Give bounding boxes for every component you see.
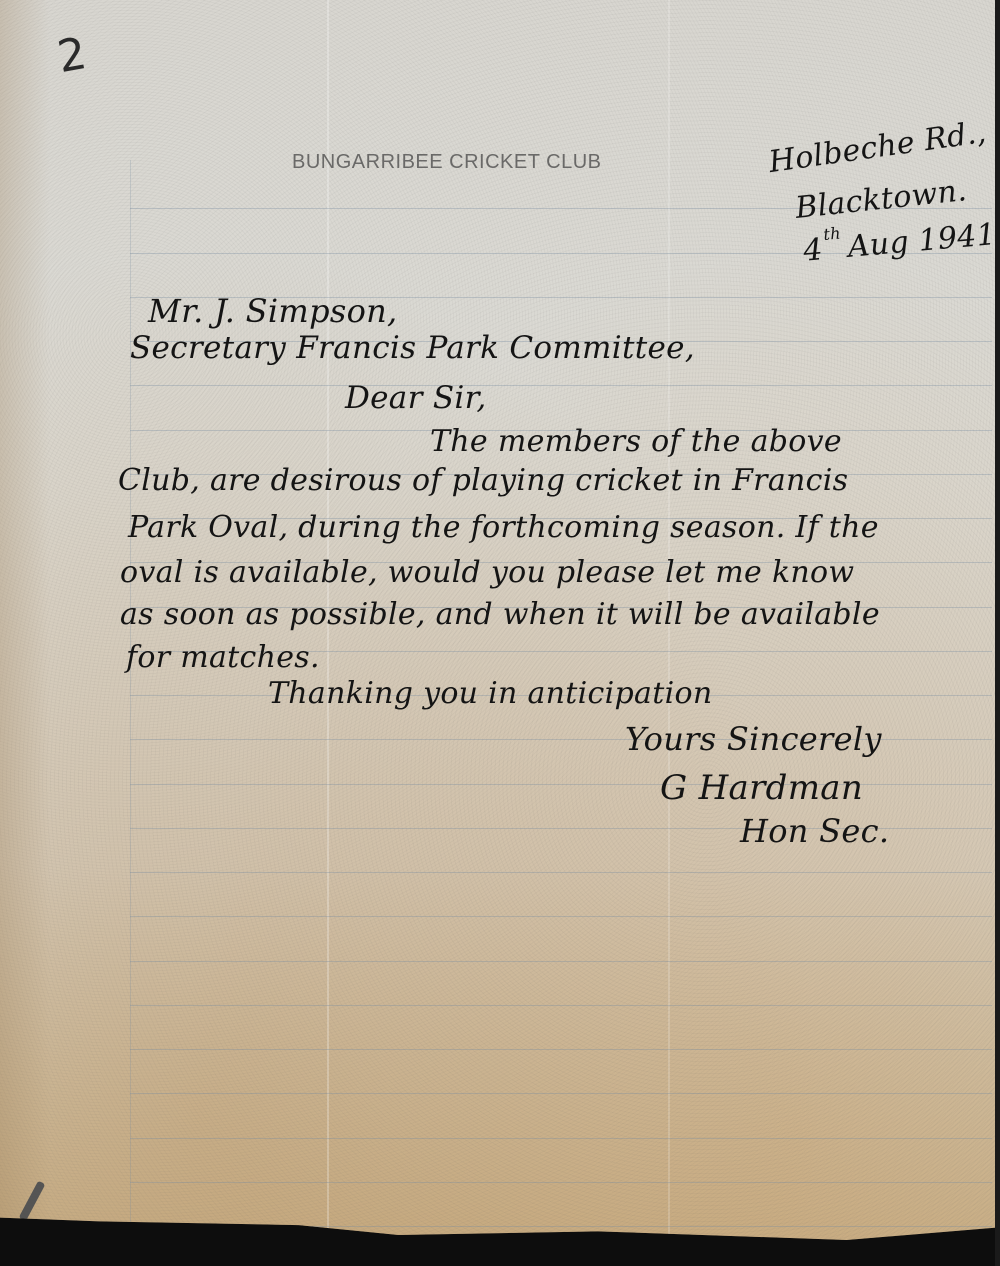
ruled-line: [130, 1226, 992, 1227]
letter-date: 4thAug 1941.: [802, 216, 1000, 269]
page-edge-shadow: [995, 0, 1000, 1266]
ruled-line: [130, 1049, 992, 1050]
ruled-line: [130, 961, 992, 962]
body-line: as soon as possible, and when it will be…: [120, 597, 880, 632]
closing-line: Thanking you in anticipation: [268, 676, 712, 711]
body-line: oval is available, would you please let …: [120, 555, 854, 590]
margin-rule: [130, 160, 131, 1240]
recipient-name: Mr. J. Simpson,: [148, 292, 398, 330]
body-line: Park Oval, during the forthcoming season…: [128, 510, 879, 545]
body-line: The members of the above: [430, 424, 842, 459]
ruled-line: [130, 916, 992, 917]
letter-page: 2 BUNGARRIBEE CRICKET CLUB Holbeche Rd.,…: [0, 0, 996, 1240]
signature: G Hardman: [660, 768, 863, 808]
date-month-year: Aug 1941.: [846, 216, 1000, 265]
ruled-line: [130, 385, 992, 386]
recipient-title: Secretary Francis Park Committee,: [130, 330, 695, 366]
ruled-line: [130, 1182, 992, 1183]
body-line: for matches.: [126, 640, 320, 675]
ruled-line: [130, 872, 992, 873]
ruled-line: [130, 1138, 992, 1139]
date-day: 4: [802, 232, 824, 269]
valediction: Yours Sincerely: [625, 720, 882, 758]
page-number: 2: [54, 28, 91, 83]
ruled-line: [130, 1093, 992, 1094]
sender-street: Holbeche Rd.,: [767, 115, 989, 180]
date-suffix: th: [823, 224, 842, 244]
salutation: Dear Sir,: [345, 380, 486, 416]
ink-smudge: [19, 1181, 46, 1222]
sender-town: Blacktown.: [794, 173, 969, 226]
body-line: Club, are desirous of playing cricket in…: [118, 463, 848, 498]
ruled-line: [130, 1005, 992, 1006]
letterhead-stamp: BUNGARRIBEE CRICKET CLUB: [292, 151, 601, 174]
signatory-title: Hon Sec.: [740, 812, 889, 850]
